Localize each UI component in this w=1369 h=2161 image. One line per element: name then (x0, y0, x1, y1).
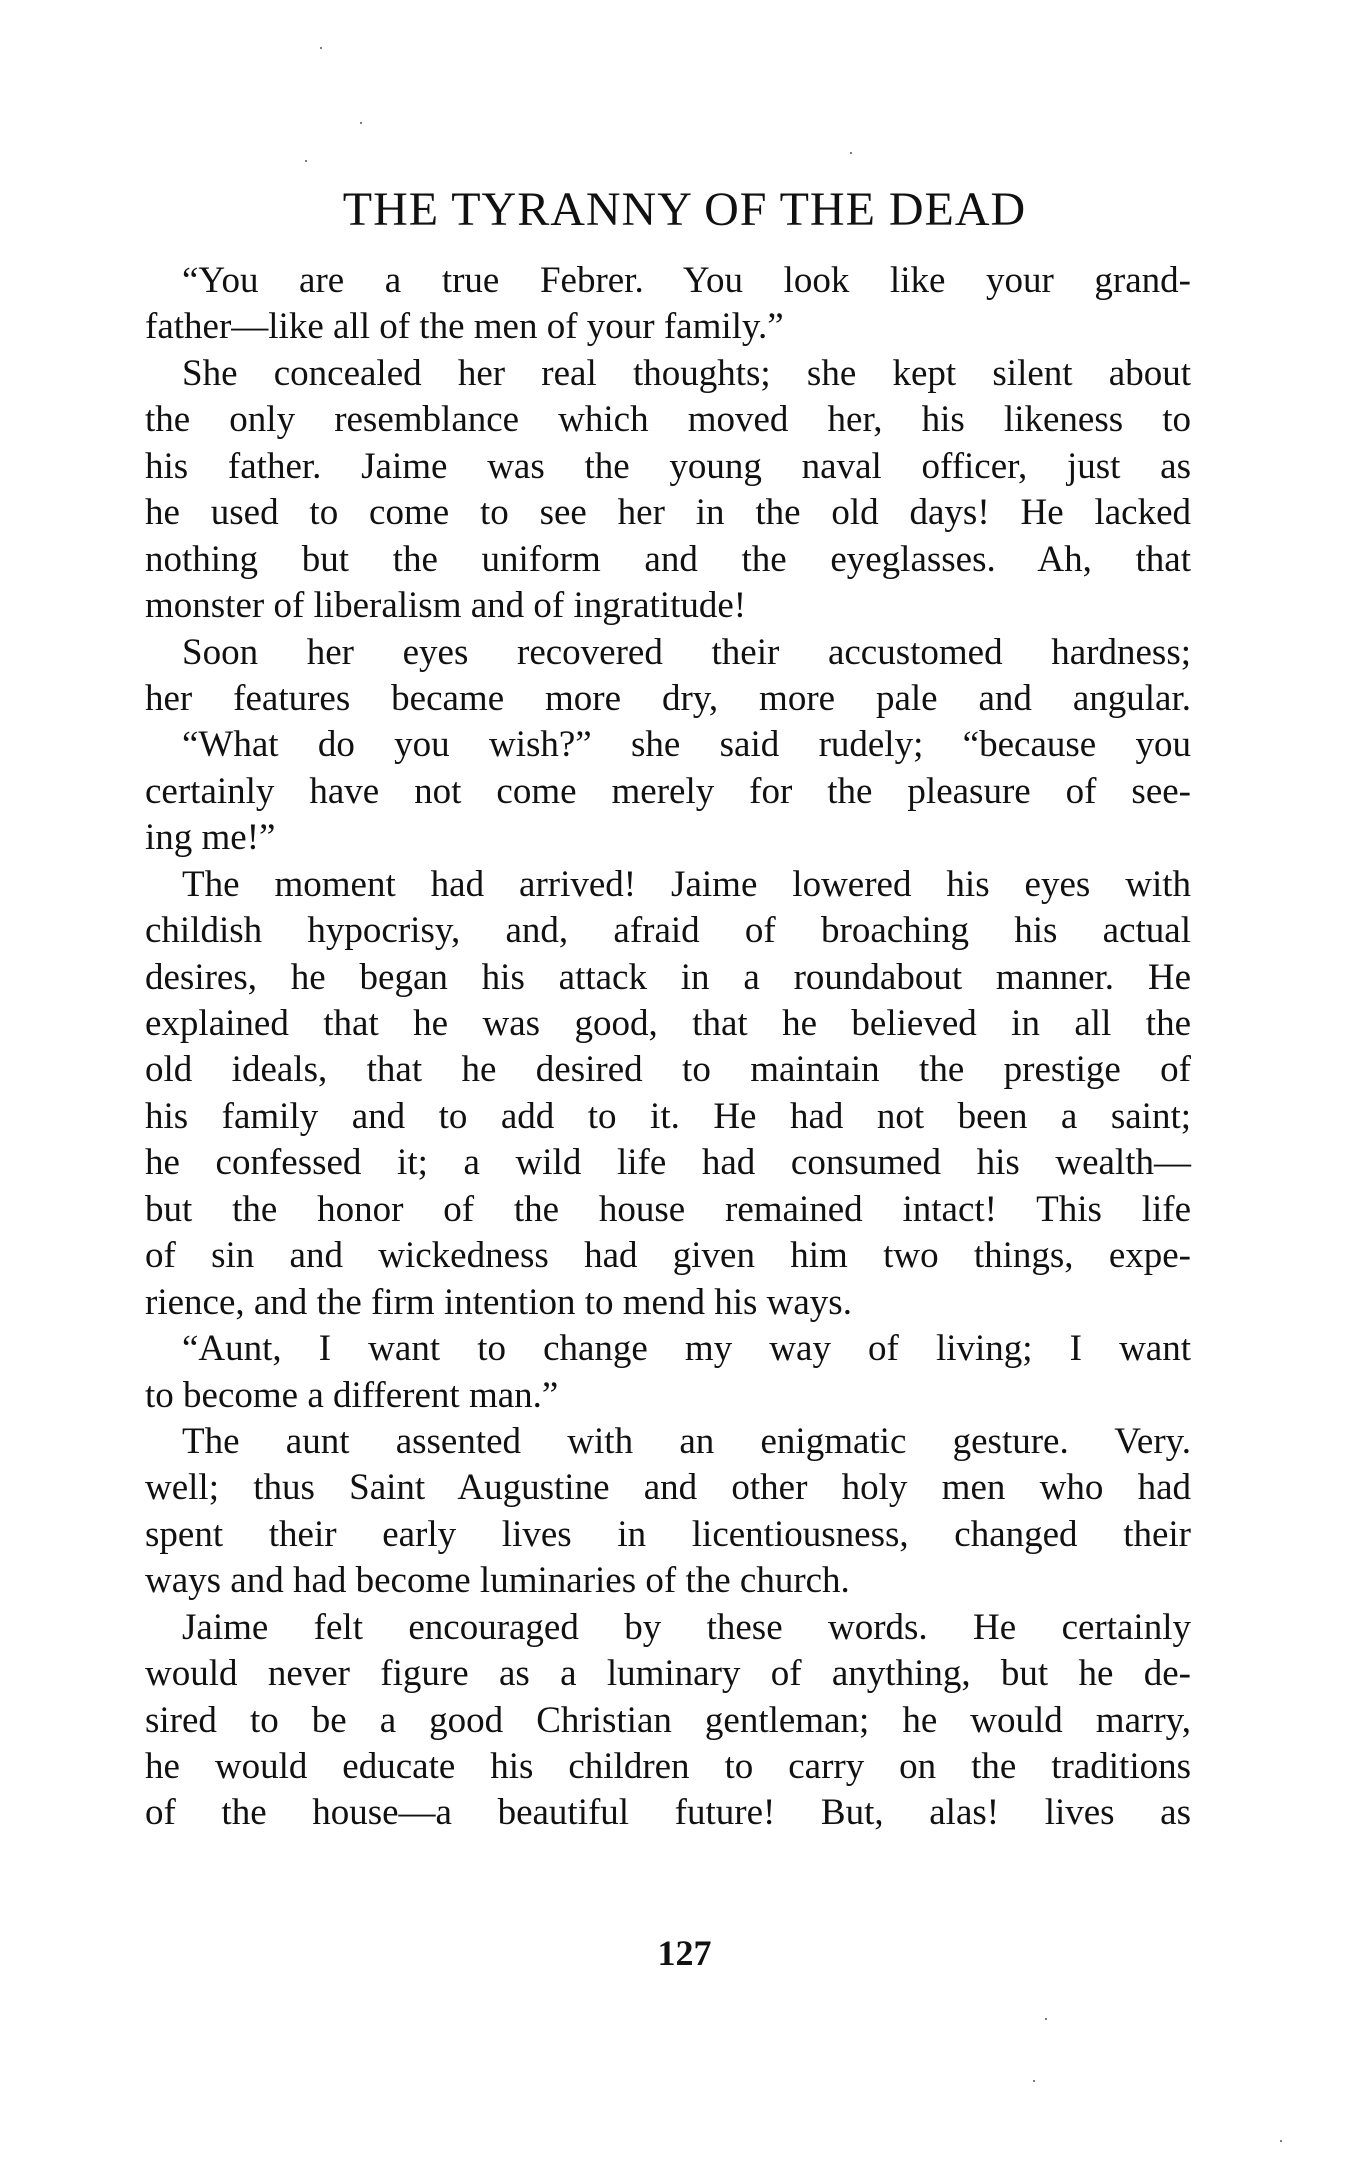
text-line: nothing but the uniform and the eyeglass… (145, 537, 1191, 583)
text-line: childish hypocrisy, and, afraid of broac… (145, 908, 1191, 954)
text-line: Soon her eyes recovered their accustomed… (145, 630, 1191, 676)
text-line: would never figure as a luminary of anyt… (145, 1651, 1191, 1697)
text-line: but the honor of the house remained inta… (145, 1187, 1191, 1233)
paragraph: Soon her eyes recovered their accustomed… (145, 630, 1191, 723)
paragraph: The moment had arrived! Jaime lowered hi… (145, 862, 1191, 1326)
running-head: THE TYRANNY OF THE DEAD (0, 180, 1369, 240)
text-line: explained that he was good, that he beli… (145, 1001, 1191, 1047)
body-text: “You are a true Febrer. You look like yo… (145, 258, 1191, 1837)
text-line: his family and to add to it. He had not … (145, 1094, 1191, 1140)
text-line: monster of liberalism and of ingratitude… (145, 583, 1191, 629)
scan-speck (1045, 2018, 1047, 2020)
scan-speck (305, 160, 307, 162)
text-line: spent their early lives in licentiousnes… (145, 1512, 1191, 1558)
scan-speck (320, 47, 322, 49)
text-line: well; thus Saint Augustine and other hol… (145, 1465, 1191, 1511)
paragraph: The aunt assented with an enigmatic gest… (145, 1419, 1191, 1605)
book-page: THE TYRANNY OF THE DEAD “You are a true … (0, 0, 1369, 2161)
text-line: rience, and the firm intention to mend h… (145, 1280, 1191, 1326)
scan-speck (360, 122, 362, 124)
scan-speck (1280, 2140, 1282, 2142)
scan-speck (850, 152, 852, 154)
text-line: father—like all of the men of your famil… (145, 304, 1191, 350)
scan-speck (1033, 2080, 1035, 2082)
text-line: the only resemblance which moved her, hi… (145, 397, 1191, 443)
text-line: her features became more dry, more pale … (145, 676, 1191, 722)
text-line: The moment had arrived! Jaime lowered hi… (145, 862, 1191, 908)
text-line: old ideals, that he desired to maintain … (145, 1047, 1191, 1093)
page-number: 127 (0, 1930, 1369, 1976)
text-line: he used to come to see her in the old da… (145, 490, 1191, 536)
text-line: he would educate his children to carry o… (145, 1744, 1191, 1790)
text-line: sired to be a good Christian gentleman; … (145, 1698, 1191, 1744)
text-line: his father. Jaime was the young naval of… (145, 444, 1191, 490)
paragraph: “Aunt, I want to change my way of living… (145, 1326, 1191, 1419)
text-line: She concealed her real thoughts; she kep… (145, 351, 1191, 397)
paragraph: She concealed her real thoughts; she kep… (145, 351, 1191, 630)
paragraph: Jaime felt encouraged by these words. He… (145, 1605, 1191, 1837)
text-line: ing me!” (145, 815, 1191, 861)
text-line: to become a different man.” (145, 1373, 1191, 1419)
text-line: he confessed it; a wild life had consume… (145, 1140, 1191, 1186)
text-line: certainly have not come merely for the p… (145, 769, 1191, 815)
text-line: “You are a true Febrer. You look like yo… (145, 258, 1191, 304)
text-line: desires, he began his attack in a rounda… (145, 955, 1191, 1001)
text-line: The aunt assented with an enigmatic gest… (145, 1419, 1191, 1465)
text-line: of sin and wickedness had given him two … (145, 1233, 1191, 1279)
text-line: of the house—a beautiful future! But, al… (145, 1790, 1191, 1836)
text-line: Jaime felt encouraged by these words. He… (145, 1605, 1191, 1651)
paragraph: “You are a true Febrer. You look like yo… (145, 258, 1191, 351)
text-line: “Aunt, I want to change my way of living… (145, 1326, 1191, 1372)
text-line: “What do you wish?” she said rudely; “be… (145, 722, 1191, 768)
text-line: ways and had become luminaries of the ch… (145, 1558, 1191, 1604)
paragraph: “What do you wish?” she said rudely; “be… (145, 722, 1191, 861)
